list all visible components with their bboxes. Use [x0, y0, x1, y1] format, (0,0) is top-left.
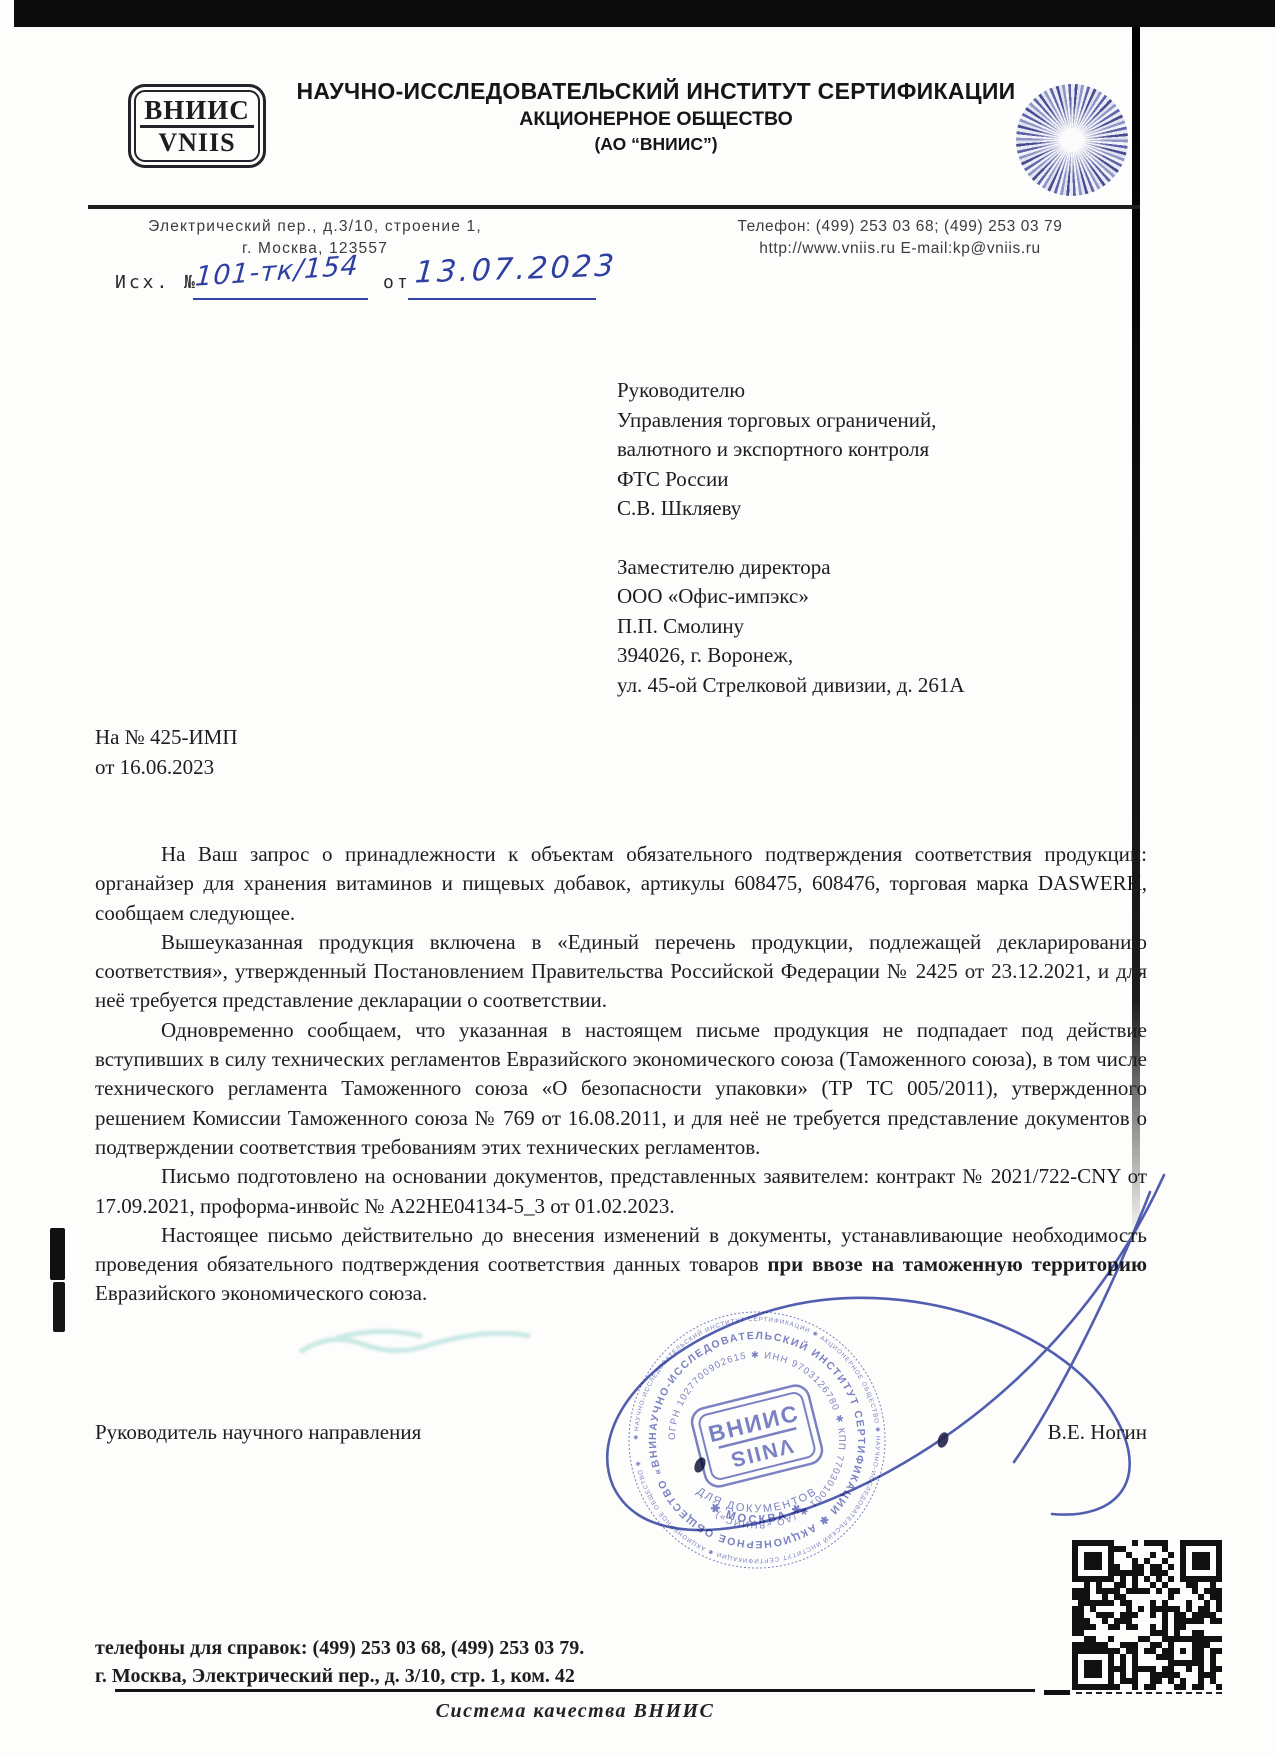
stamp-center-logo: ВНИИС VNIIS: [689, 1383, 825, 1490]
signer-title: Руководитель научного направления: [95, 1420, 421, 1445]
logo-text-latin: VNIIS: [158, 128, 235, 158]
footer-address: г. Москва, Электрический пер., д. 3/10, …: [95, 1665, 575, 1688]
web-email-line: http://www.vniis.ru E-mail:kp@vniis.ru: [660, 238, 1140, 260]
header-contacts: Телефон: (499) 253 03 68; (499) 253 03 7…: [660, 216, 1140, 260]
recipient-line: валютного и экспортного контроля: [617, 435, 1162, 465]
recipient-block-2: Заместителю директора ООО «Офис-импэкс» …: [617, 553, 1162, 701]
outgoing-number-row: Исх. № 101-тк/154 от 13.07.2023: [115, 258, 675, 310]
phone-line: Телефон: (499) 253 03 68; (499) 253 03 7…: [660, 216, 1140, 238]
org-name-line1: НАУЧНО-ИССЛЕДОВАТЕЛЬСКИЙ ИНСТИТУТ СЕРТИФ…: [270, 76, 1042, 106]
recipient-line: Заместителю директора: [617, 553, 1162, 583]
org-name-line2: АКЦИОНЕРНОЕ ОБЩЕСТВО: [270, 106, 1042, 132]
qr-code: [1072, 1540, 1222, 1690]
paragraph-2: Вышеуказанная продукция включена в «Един…: [95, 928, 1147, 1016]
scan-mark-under-qr: [1044, 1690, 1070, 1695]
quality-system-label: Система качества ВНИИС: [115, 1700, 1035, 1723]
recipient-line: ул. 45-ой Стрелковой дивизии, д. 261А: [617, 671, 1162, 701]
scan-mark-left-1: [50, 1228, 65, 1280]
scan-edge-top: [14, 0, 1275, 27]
org-name-line3: (АО “ВНИИС”): [270, 132, 1042, 156]
header-divider: [88, 205, 1140, 209]
recipient-line: Управления торговых ограничений,: [617, 406, 1162, 436]
footer-phones: телефоны для справок: (499) 253 03 68, (…: [95, 1637, 584, 1660]
footer-divider: [115, 1689, 1035, 1692]
recipient-block-1: Руководителю Управления торговых огранич…: [617, 376, 1162, 524]
letter-body: На Ваш запрос о принадлежности к объекта…: [95, 840, 1147, 1309]
outgoing-label: Исх. №: [115, 272, 198, 293]
paragraph-1: На Ваш запрос о принадлежности к объекта…: [95, 840, 1147, 928]
scan-mark-left-2: [53, 1282, 65, 1332]
organization-title: НАУЧНО-ИССЛЕДОВАТЕЛЬСКИЙ ИНСТИТУТ СЕРТИФ…: [270, 76, 1042, 156]
reference-block: На № 425-ИМП от 16.06.2023: [95, 723, 238, 782]
logo-text-cyrillic: ВНИИС: [140, 95, 254, 128]
vniis-logo: ВНИИС VNIIS: [128, 84, 266, 168]
recipient-line: 394026, г. Воронеж,: [617, 641, 1162, 671]
scanned-letter-page: ВНИИС VNIIS НАУЧНО-ИССЛЕДОВАТЕЛЬСКИЙ ИНС…: [0, 0, 1275, 1757]
outgoing-number-underline: [193, 298, 368, 300]
vniis-logo-inner: ВНИИС VNIIS: [134, 90, 260, 162]
outgoing-from-label: от: [383, 272, 411, 293]
teal-note-remnant: [300, 1331, 530, 1352]
recipient-line: Руководителю: [617, 376, 1162, 406]
paragraph-5-tail: Евразийского экономического союза.: [95, 1281, 427, 1305]
outgoing-date-underline: [408, 298, 596, 300]
paragraph-3: Одновременно сообщаем, что указанная в н…: [95, 1016, 1147, 1162]
scan-dashed-line-under-qr: [1076, 1692, 1222, 1694]
recipient-line: ООО «Офис-импэкс»: [617, 582, 1162, 612]
recipient-line: ФТС России: [617, 465, 1162, 495]
reference-date: от 16.06.2023: [95, 753, 238, 783]
recipient-line: С.В. Шкляеву: [617, 494, 1162, 524]
address-line1: Электрический пер., д.3/10, строение 1,: [95, 216, 535, 238]
reference-number: На № 425-ИМП: [95, 723, 238, 753]
recipient-line: П.П. Смолину: [617, 612, 1162, 642]
recipient-block: Руководителю Управления торговых огранич…: [617, 376, 1162, 700]
round-stamp: ✱ НАУЧНО-ИССЛЕДОВАТЕЛЬСКИЙ ИНСТИТУТ СЕРТ…: [587, 1270, 927, 1610]
paragraph-4: Письмо подготовлено на основании докумен…: [95, 1162, 1147, 1221]
signer-name: В.Е. Ногин: [1048, 1420, 1147, 1445]
guilloche-emblem: [1016, 84, 1128, 196]
outgoing-date-handwritten: 13.07.2023: [414, 248, 618, 290]
